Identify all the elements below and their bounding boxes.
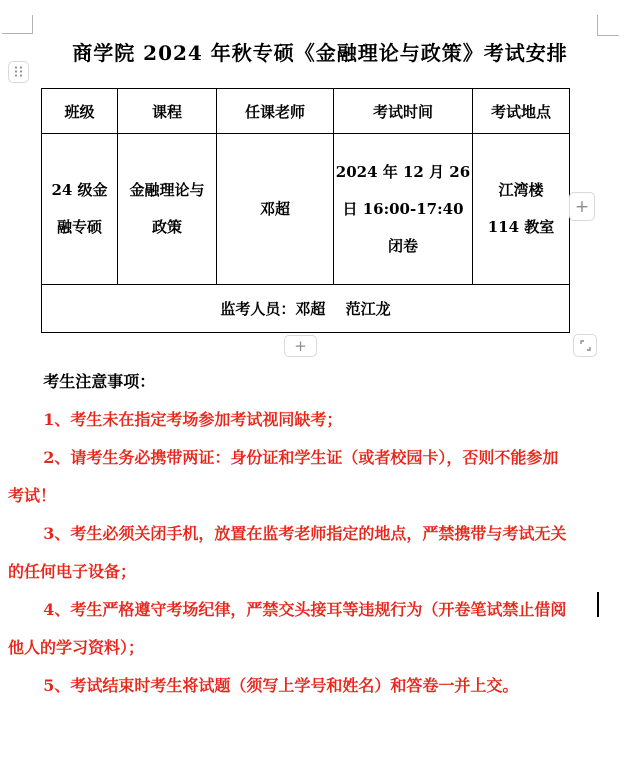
page-margin-mark-top-left [2, 15, 33, 34]
cell-proctors[interactable]: 监考人员：邓超 范江龙 [42, 285, 570, 333]
cell-location[interactable]: 江湾楼 114 教室 [473, 134, 570, 285]
drag-handle-icon [14, 63, 23, 82]
note-item-1[interactable]: 1、考生未在指定考场参加考试视同缺考； [8, 401, 612, 439]
plus-icon: + [294, 337, 307, 355]
cell-class[interactable]: 24 级金 融专硕 [42, 134, 118, 285]
cell-exam-time[interactable]: 2024 年 12 月 26 日 16:00-17:40 闭卷 [334, 134, 473, 285]
add-column-button[interactable]: + [569, 192, 595, 221]
header-cell-time[interactable]: 考试时间 [334, 89, 473, 134]
table-drag-handle-button[interactable] [8, 61, 29, 83]
notes-section: 考生注意事项： 1、考生未在指定考场参加考试视同缺考； 2、请考生务必携带两证：… [8, 363, 612, 705]
page-title[interactable]: 商学院 2024 年秋专硕《金融理论与政策》考试安排 [0, 37, 640, 66]
header-cell-location[interactable]: 考试地点 [473, 89, 570, 134]
note-item-2[interactable]: 2、请考生务必携带两证：身份证和学生证（或者校园卡），否则不能参加 考试！ [8, 439, 612, 515]
header-cell-class[interactable]: 班级 [42, 89, 118, 134]
exam-schedule-table: 班级 课程 任课老师 考试时间 考试地点 24 级金 融专硕 金融理论与 政策 … [41, 88, 570, 333]
table-row: 24 级金 融专硕 金融理论与 政策 邓超 2024 年 12 月 26 日 1… [42, 134, 570, 285]
header-cell-course[interactable]: 课程 [118, 89, 217, 134]
cell-course[interactable]: 金融理论与 政策 [118, 134, 217, 285]
table-proctor-row: 监考人员：邓超 范江龙 [42, 285, 570, 333]
cell-teacher[interactable]: 邓超 [217, 134, 334, 285]
text-cursor [597, 592, 599, 617]
add-row-button[interactable]: + [284, 335, 317, 357]
table-header-row: 班级 课程 任课老师 考试时间 考试地点 [42, 89, 570, 134]
header-cell-teacher[interactable]: 任课老师 [217, 89, 334, 134]
resize-diagonal-icon [580, 336, 591, 355]
plus-icon: + [575, 197, 589, 217]
document-page: 商学院 2024 年秋专硕《金融理论与政策》考试安排 班级 课程 任课老师 考试… [0, 0, 640, 762]
note-item-5[interactable]: 5、考试结束时考生将试题（须写上学号和姓名）和答卷一并上交。 [8, 667, 612, 705]
page-margin-mark-top-right [597, 15, 619, 36]
note-item-4[interactable]: 4、考生严格遵守考场纪律，严禁交头接耳等违规行为（开卷笔试禁止借阅 他人的学习资… [8, 591, 612, 667]
note-item-3[interactable]: 3、考生必须关闭手机，放置在监考老师指定的地点，严禁携带与考试无关 的任何电子设… [8, 515, 612, 591]
table-resize-button[interactable] [573, 334, 597, 357]
notes-heading[interactable]: 考生注意事项： [8, 363, 612, 401]
